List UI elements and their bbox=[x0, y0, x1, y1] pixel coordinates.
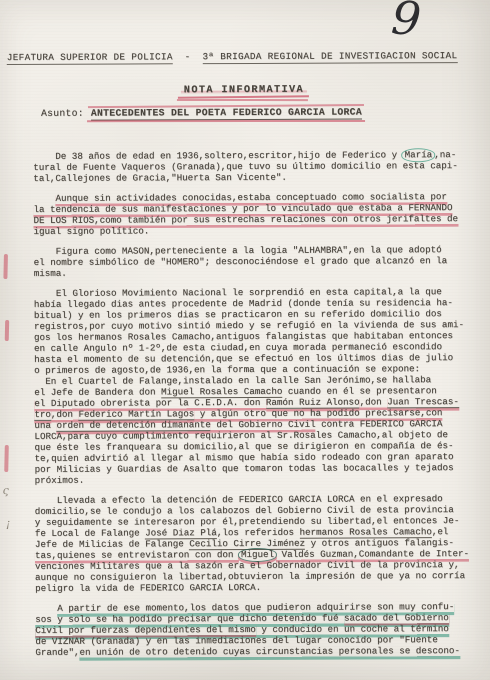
text-segment: y otros antiguos falangis- bbox=[305, 537, 454, 549]
text-segment: el Jefe de Bandera don bbox=[34, 386, 161, 398]
text-segment: peligro la vida de FEDERICO GARCIA LORCA… bbox=[35, 582, 261, 594]
header-left: JEFATURA SUPERIOR DE POLICIA bbox=[7, 51, 173, 65]
marked-text: ,don bbox=[51, 409, 79, 420]
subject-text: ANTECEDENTES DEL POETA FEDERICO GARCIA L… bbox=[91, 106, 362, 120]
document-title: NOTA INFORMATIVA bbox=[181, 85, 307, 97]
scanned-document: 9 JEFATURA SUPERIOR DE POLICIA - 3ª BRIG… bbox=[0, 0, 490, 680]
paragraph: A partir de ese momento,los datos que pu… bbox=[35, 601, 477, 658]
text-segment: cuando en él se presentaron bbox=[282, 385, 436, 397]
text-segment: ,el bbox=[432, 526, 449, 537]
paragraph: De 38 años de edad en 1936,soltero,escri… bbox=[33, 149, 475, 184]
text-segment bbox=[35, 603, 57, 614]
paragraph: El Glorioso Movimiento Nacional le sorpr… bbox=[34, 286, 477, 486]
title-row: NOTA INFORMATIVA bbox=[0, 78, 489, 98]
text-segment: tal,Callejones de Gracia,"Huerta San Vic… bbox=[33, 172, 287, 184]
marked-text: del Gobierno Civil bbox=[211, 419, 316, 430]
header-right: 3ª BRIGADA REGIONAL DE INVESTIGACION SOC… bbox=[202, 50, 457, 64]
text-line: tal,Callejones de Gracia,"Huerta San Vic… bbox=[33, 171, 475, 184]
red-margin-mark bbox=[5, 320, 9, 341]
text-line: el nombre simbólico de "HOMERO"; descono… bbox=[34, 255, 476, 268]
text-segment: una bbox=[34, 420, 56, 431]
marked-text: y conducido en un coche al término bbox=[256, 623, 449, 635]
text-line: Grande",en unión de otro detenido cuyas … bbox=[35, 645, 477, 658]
subject-row: Asunto:ANTECEDENTES DEL POETA FEDERICO G… bbox=[41, 106, 362, 120]
marked-text: ,don bbox=[360, 396, 388, 407]
paragraph: Aunque sin actividades conocidas,estaba … bbox=[33, 191, 475, 237]
text-segment: misma. bbox=[34, 268, 67, 279]
document-body: De 38 años de edad en 1936,soltero,escri… bbox=[33, 149, 477, 667]
paragraph: Figura como MASON,perteneciente a la log… bbox=[34, 244, 476, 279]
marked-text: sacado del Gobierno bbox=[344, 612, 449, 623]
text-segment bbox=[33, 193, 55, 204]
text-segment: Grande", bbox=[35, 647, 79, 658]
red-margin-mark bbox=[4, 445, 9, 472]
marked-text: DE LOS RIOS,como también por sus estrech… bbox=[33, 213, 458, 226]
marked-text: tas,quienes se entrevistaron con don bbox=[35, 549, 239, 561]
text-segment: igual signo político. bbox=[34, 225, 150, 237]
paragraph: Llevada a efecto la detención de FEDERIC… bbox=[35, 493, 477, 594]
marked-text: Valdés Guzman,Comandante de Inter- bbox=[276, 548, 469, 560]
document-header: JEFATURA SUPERIOR DE POLICIA - 3ª BRIGAD… bbox=[7, 50, 458, 63]
text-segment: próximos. bbox=[35, 475, 85, 486]
text-segment: el nombre simbólico de "HOMERO"; descono… bbox=[34, 255, 448, 268]
text-line: por Milicias y Guardias de Asalto que to… bbox=[35, 462, 477, 475]
header-separator2 bbox=[191, 51, 203, 62]
pencil-mark: ¡ bbox=[6, 517, 10, 530]
text-segment: tural de Fuente Vaqueros (Granada),que t… bbox=[33, 160, 458, 173]
text-line: misma. bbox=[34, 266, 476, 279]
text-line: igual signo político. bbox=[34, 224, 476, 237]
text-segment: Jefe de Milicias de Falange bbox=[35, 538, 189, 550]
subject-label: Asunto: bbox=[41, 108, 84, 119]
marked-text: en unión de otro detenido cuyas circunst… bbox=[79, 645, 459, 658]
text-line: DE LOS RIOS,como también por sus estrech… bbox=[33, 213, 475, 226]
text-segment: contra FEDERICO GARCIA bbox=[316, 418, 443, 430]
handwritten-page-number: 9 bbox=[390, 0, 423, 42]
pencil-mark: ς bbox=[3, 484, 9, 497]
text-segment: ,los referidos bbox=[217, 527, 300, 538]
text-segment: por Milicias y Guardias de Asalto que to… bbox=[35, 462, 454, 475]
text-segment: fe Local de Falange bbox=[35, 527, 145, 538]
text-segment: ,na- bbox=[434, 149, 456, 160]
text-line: próximos. bbox=[35, 473, 477, 486]
header-separator bbox=[173, 51, 185, 62]
text-line: peligro la vida de FEDERICO GARCIA LORCA… bbox=[35, 581, 477, 594]
red-margin-mark bbox=[3, 254, 8, 279]
